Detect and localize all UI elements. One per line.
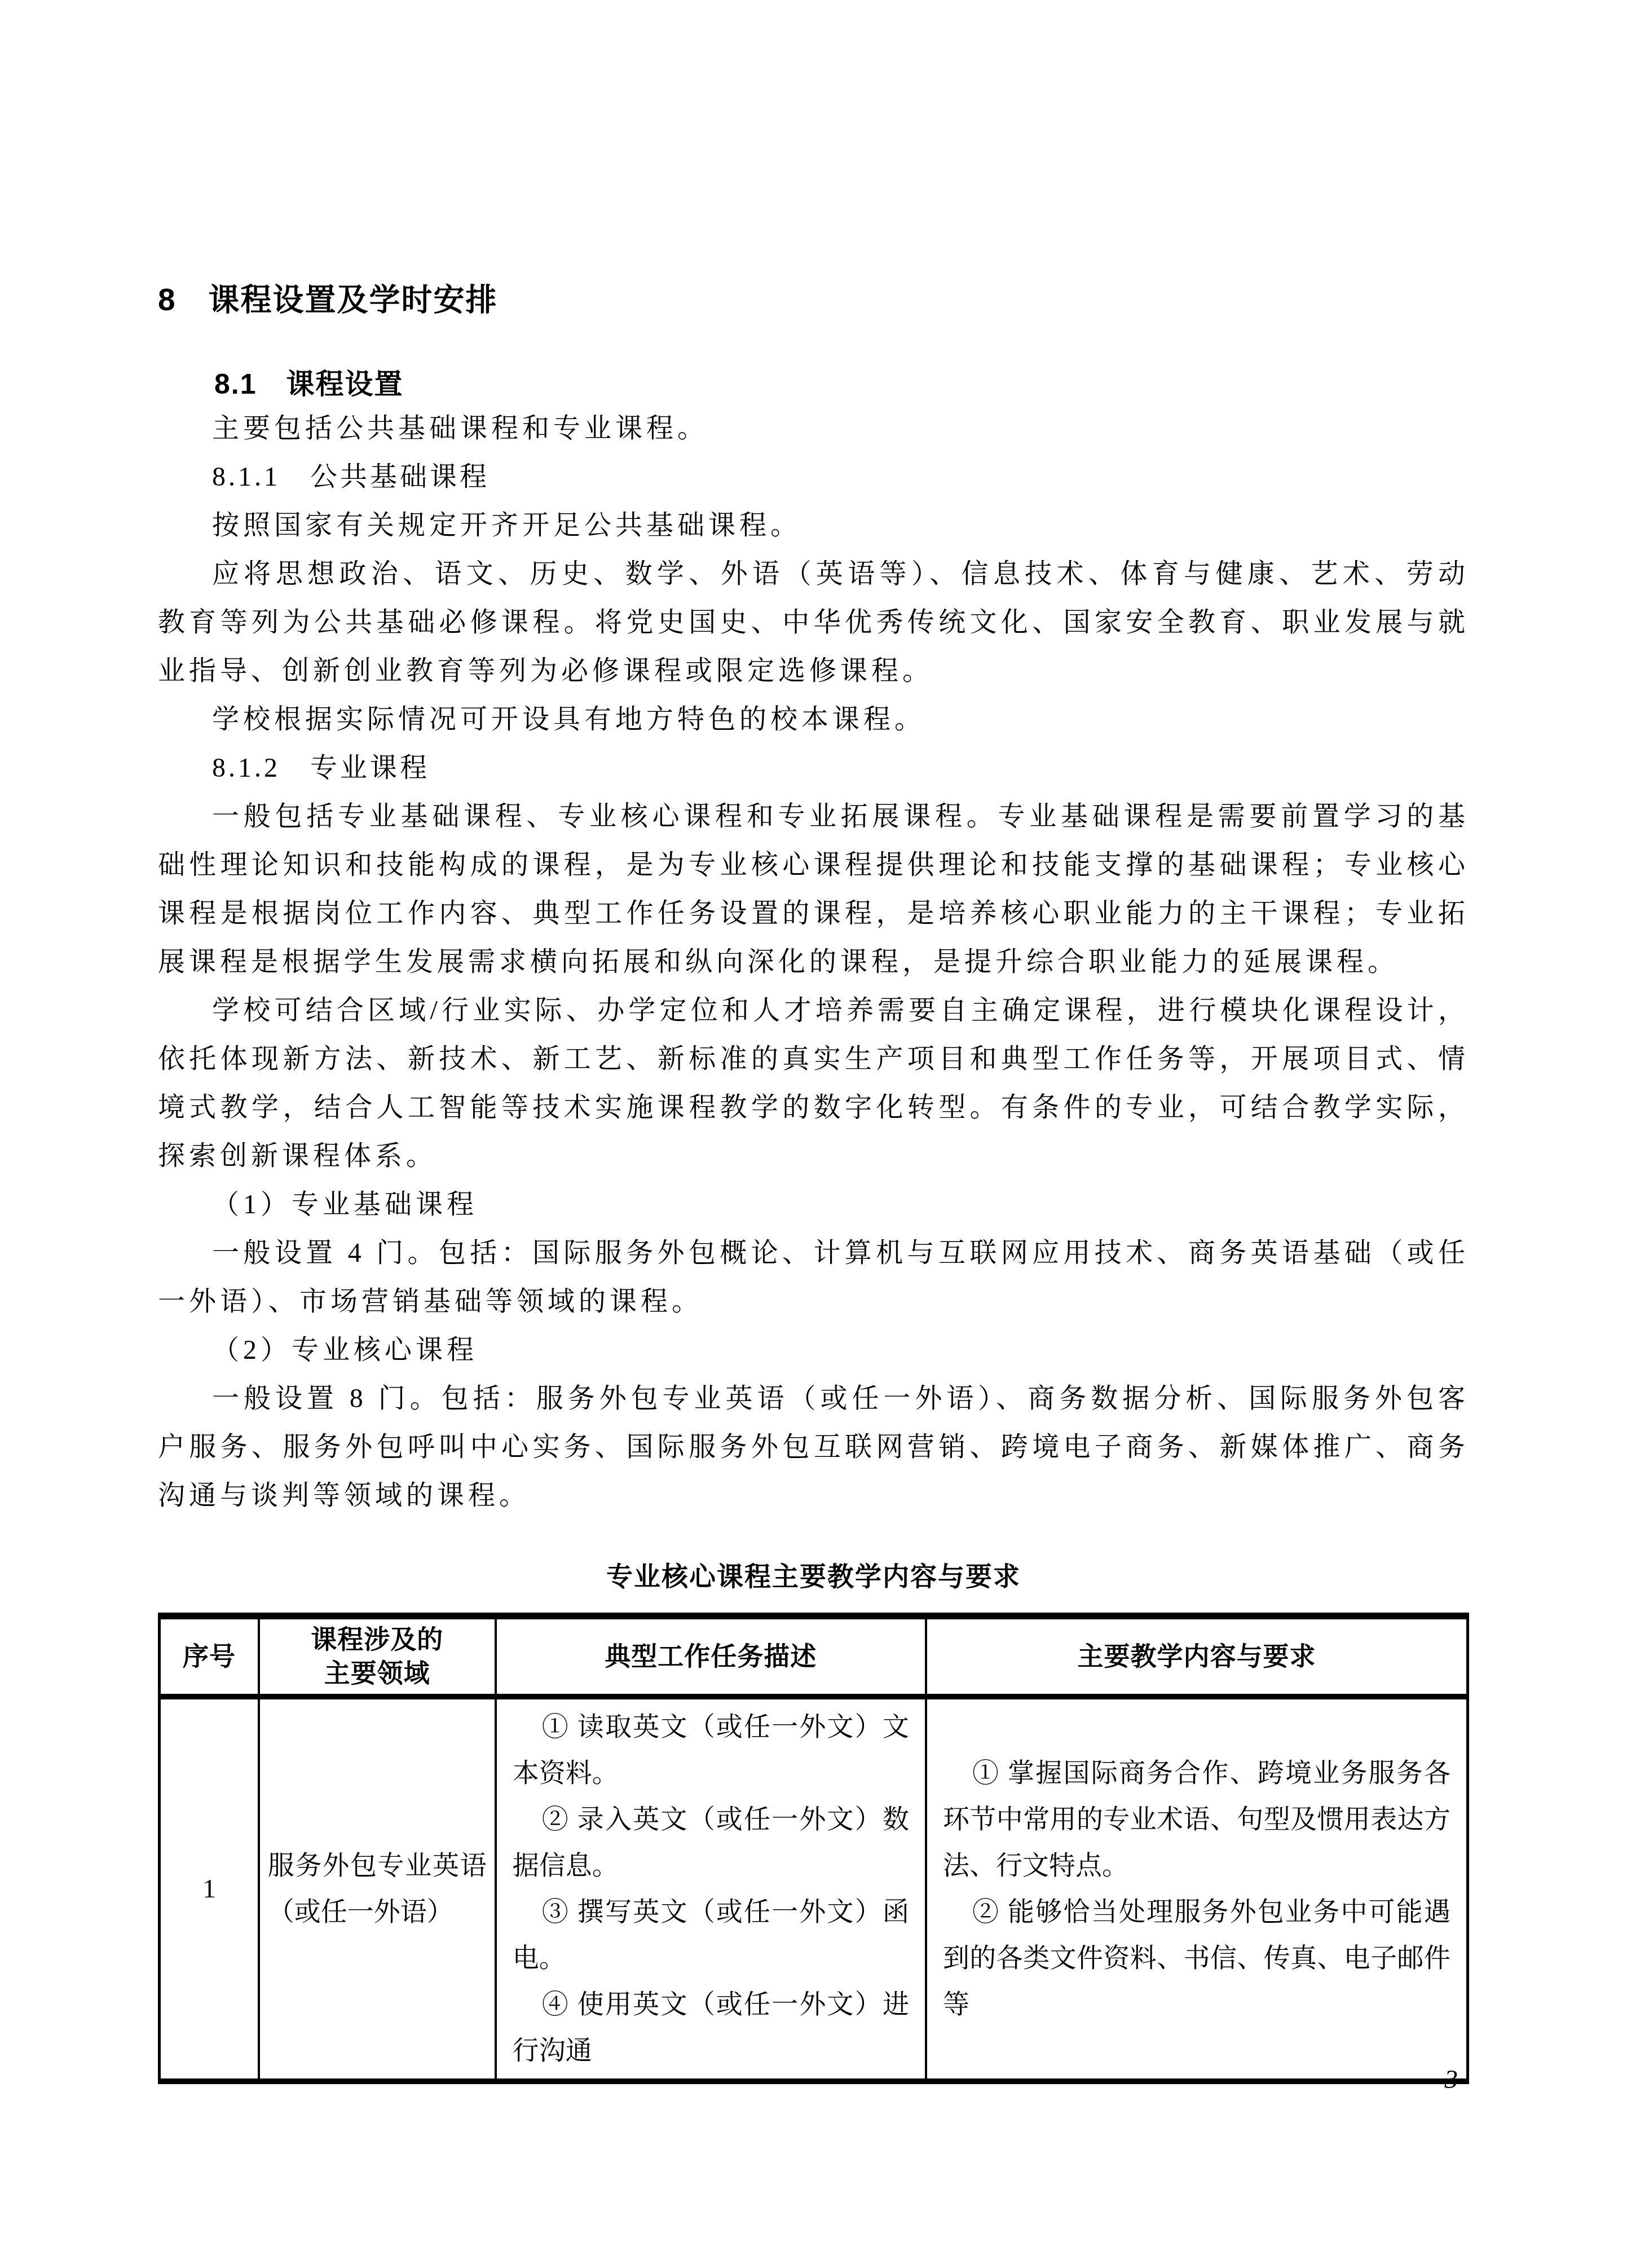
paragraph-basic-rule: 按照国家有关规定开齐开足公共基础课程。: [158, 501, 1469, 550]
paragraph-item1-title: （1）专业基础课程: [158, 1181, 1469, 1229]
task-item-2: ② 录入英文（或任一外文）数据信息。: [513, 1796, 909, 1889]
paragraph-major-course-overview: 一般包括专业基础课程、专业核心课程和专业拓展课程。专业基础课程是需要前置学习的基…: [158, 792, 1469, 987]
paragraph-item1-body: 一般设置 4 门。包括：国际服务外包概论、计算机与互联网应用技术、商务英语基础（…: [158, 1229, 1469, 1326]
requirement-item-2: ② 能够恰当处理服务外包业务中可能遇到的各类文件资料、书信、传真、电子邮件等: [943, 1889, 1450, 2028]
paragraph-public-required-courses: 应将思想政治、语文、历史、数学、外语（英语等）、信息技术、体育与健康、艺术、劳动…: [158, 550, 1469, 695]
core-course-table: 序号 课程涉及的主要领域 典型工作任务描述 主要教学内容与要求 1 服务外包专业…: [158, 1613, 1469, 2084]
cell-teaching-requirements: ① 掌握国际商务合作、跨境业务服务各环节中常用的专业术语、句型及惯用表达方法、行…: [926, 1697, 1468, 2081]
header-cell-tasks: 典型工作任务描述: [496, 1616, 926, 1697]
page-content: 8 课程设置及学时安排 8.1 课程设置 主要包括公共基础课程和专业课程。 8.…: [158, 279, 1469, 2084]
clause-heading-8-1-2: 8.1.2 专业课程: [158, 744, 1469, 792]
section-heading: 8 课程设置及学时安排: [158, 279, 1469, 320]
cell-course-domain: 服务外包专业英语（或任一外语）: [259, 1697, 496, 2081]
table-title: 专业核心课程主要教学内容与要求: [158, 1560, 1469, 1593]
paragraph-item2-body: 一般设置 8 门。包括：服务外包专业英语（或任一外语）、商务数据分析、国际服务外…: [158, 1375, 1469, 1520]
task-item-3: ③ 撰写英文（或任一外文）函电。: [513, 1889, 909, 1981]
page-number: 3: [1445, 2064, 1458, 2095]
paragraph-intro: 主要包括公共基础课程和专业课程。: [158, 404, 1469, 453]
document-page: 8 课程设置及学时安排 8.1 课程设置 主要包括公共基础课程和专业课程。 8.…: [0, 0, 1627, 2268]
subsection-heading: 8.1 课程设置: [158, 364, 1469, 404]
table-row: 1 服务外包专业英语（或任一外语） ① 读取英文（或任一外文）文本资料。 ② 录…: [160, 1697, 1468, 2081]
table-header-row: 序号 课程涉及的主要领域 典型工作任务描述 主要教学内容与要求: [160, 1616, 1468, 1697]
cell-row-index: 1: [160, 1697, 259, 2081]
header-cell-domain-label: 课程涉及的主要领域: [307, 1623, 448, 1690]
header-cell-requirements: 主要教学内容与要求: [926, 1616, 1468, 1697]
requirement-item-1: ① 掌握国际商务合作、跨境业务服务各环节中常用的专业术语、句型及惯用表达方法、行…: [943, 1750, 1450, 1889]
clause-heading-8-1-1: 8.1.1 公共基础课程: [158, 453, 1469, 501]
paragraph-item2-title: （2）专业核心课程: [158, 1326, 1469, 1375]
paragraph-school-course-design: 学校可结合区域/行业实际、办学定位和人才培养需要自主确定课程，进行模块化课程设计…: [158, 987, 1469, 1181]
cell-typical-tasks: ① 读取英文（或任一外文）文本资料。 ② 录入英文（或任一外文）数据信息。 ③ …: [496, 1697, 926, 2081]
task-item-4: ④ 使用英文（或任一外文）进行沟通: [513, 1981, 909, 2074]
header-cell-index: 序号: [160, 1616, 259, 1697]
header-cell-domain: 课程涉及的主要领域: [259, 1616, 496, 1697]
task-item-1: ① 读取英文（或任一外文）文本资料。: [513, 1704, 909, 1796]
paragraph-school-based-courses: 学校根据实际情况可开设具有地方特色的校本课程。: [158, 695, 1469, 744]
